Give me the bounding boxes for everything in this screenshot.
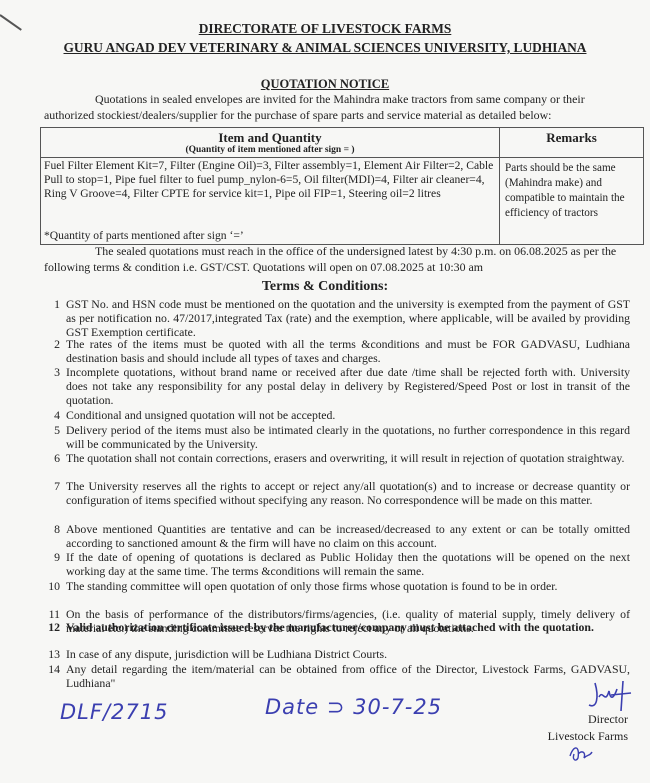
notice-title: QUOTATION NOTICE — [0, 77, 650, 92]
initials-icon — [566, 742, 594, 764]
term-number: 5 — [42, 423, 60, 437]
term-text: In case of any dispute, jurisdiction wil… — [66, 647, 387, 661]
term-text: The standing committee will open quotati… — [66, 579, 557, 593]
handwritten-date: Date ⊃ 30-7-25 — [265, 695, 442, 719]
term-number: 4 — [42, 408, 60, 422]
term-text: The quotation shall not contain correcti… — [66, 451, 624, 465]
directorate-title: DIRECTORATE OF LIVESTOCK FARMS — [0, 21, 650, 37]
deadline-line-2: following terms & condition i.e. GST/CST… — [44, 260, 644, 275]
intro-line-2: authorized stockiest/dealers/supplier fo… — [44, 108, 644, 123]
term-text: The rates of the items must be quoted wi… — [66, 337, 630, 365]
term-item: 3Incomplete quotations, without brand na… — [66, 365, 630, 407]
term-item: 12Valid authorization certificate issued… — [66, 620, 630, 634]
term-number: 12 — [42, 620, 60, 634]
term-number: 1 — [42, 297, 60, 311]
term-item: 10The standing committee will open quota… — [66, 579, 630, 593]
remarks-header: Remarks — [500, 130, 643, 146]
term-text: Conditional and unsigned quotation will … — [66, 408, 335, 422]
signature-icon — [585, 675, 635, 715]
term-number: 14 — [42, 662, 60, 676]
term-item: 8Above mentioned Quantities are tentativ… — [66, 522, 630, 550]
items-list: Fuel Filter Element Kit=7, Filter (Engin… — [44, 159, 496, 201]
term-number: 9 — [42, 550, 60, 564]
term-number: 10 — [42, 579, 60, 593]
term-number: 8 — [42, 522, 60, 536]
term-item: 4Conditional and unsigned quotation will… — [66, 408, 630, 422]
university-title: GURU ANGAD DEV VETERINARY & ANIMAL SCIEN… — [0, 40, 650, 56]
term-item: 7The University reserves all the rights … — [66, 479, 630, 507]
reference-number: DLF/2715 — [60, 700, 168, 724]
term-number: 13 — [42, 647, 60, 661]
item-quantity-header: Item and Quantity — [41, 130, 499, 146]
intro-line-1: Quotations in sealed envelopes are invit… — [95, 92, 645, 107]
term-item: 9If the date of opening of quotations is… — [66, 550, 630, 578]
deadline-line-1: The sealed quotations must reach in the … — [95, 244, 650, 259]
term-item: 13In case of any dispute, jurisdiction w… — [66, 647, 630, 661]
term-text: Above mentioned Quantities are tentative… — [66, 522, 630, 550]
term-number: 7 — [42, 479, 60, 493]
item-quantity-subheader: (Quantity of item mentioned after sign =… — [41, 145, 499, 155]
term-text: Incomplete quotations, without brand nam… — [66, 365, 630, 407]
term-item: 1GST No. and HSN code must be mentioned … — [66, 297, 630, 339]
term-text: Valid authorization certificate issued b… — [66, 620, 594, 634]
remarks-text: Parts should be the same (Mahindra make)… — [505, 161, 639, 221]
term-item: 6The quotation shall not contain correct… — [66, 451, 630, 465]
term-item: 5Delivery period of the items must also … — [66, 423, 630, 451]
terms-title: Terms & Conditions: — [0, 279, 650, 295]
term-text: The University reserves all the rights t… — [66, 479, 630, 507]
items-table: Item and Quantity (Quantity of item ment… — [40, 127, 644, 245]
term-text: Any detail regarding the item/material c… — [66, 662, 630, 690]
items-note: *Quantity of parts mentioned after sign … — [44, 229, 244, 242]
term-text: GST No. and HSN code must be mentioned o… — [66, 297, 630, 339]
signatory-title: Director — [588, 712, 628, 727]
term-text: If the date of opening of quotations is … — [66, 550, 630, 578]
term-number: 6 — [42, 451, 60, 465]
term-number: 11 — [42, 607, 60, 621]
term-number: 2 — [42, 337, 60, 351]
term-number: 3 — [42, 365, 60, 379]
term-text: Delivery period of the items must also b… — [66, 423, 630, 451]
term-item: 2The rates of the items must be quoted w… — [66, 337, 630, 365]
term-item: 14Any detail regarding the item/material… — [66, 662, 630, 690]
